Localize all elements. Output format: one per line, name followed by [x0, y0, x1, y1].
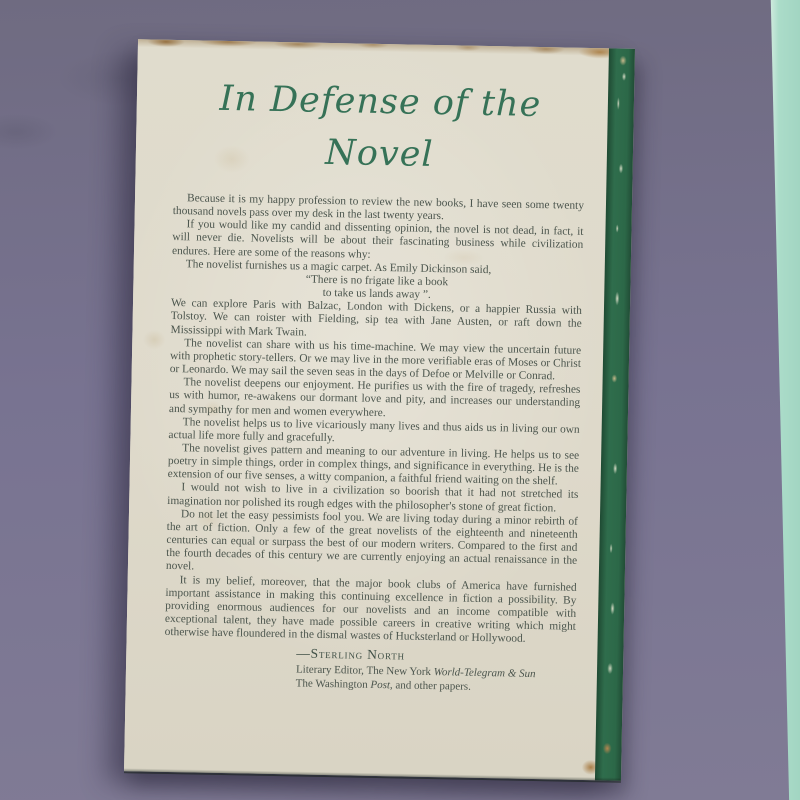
paragraph: It is my belief, moreover, that the majo… [165, 573, 577, 647]
blurb-text: Because it is my happy profession to rev… [165, 192, 585, 647]
paragraph: Do not let the easy pessimists fool you.… [166, 508, 578, 582]
author-credits: Literary Editor, The New York World-Tele… [296, 664, 575, 696]
book-title: In Defense of the Novel [173, 72, 586, 184]
dust-jacket: In Defense of the Novel Because it is my… [124, 39, 609, 780]
book-back-cover: In Defense of the Novel Because it is my… [124, 39, 635, 780]
jacket-printed-content: In Defense of the Novel Because it is my… [124, 39, 609, 780]
